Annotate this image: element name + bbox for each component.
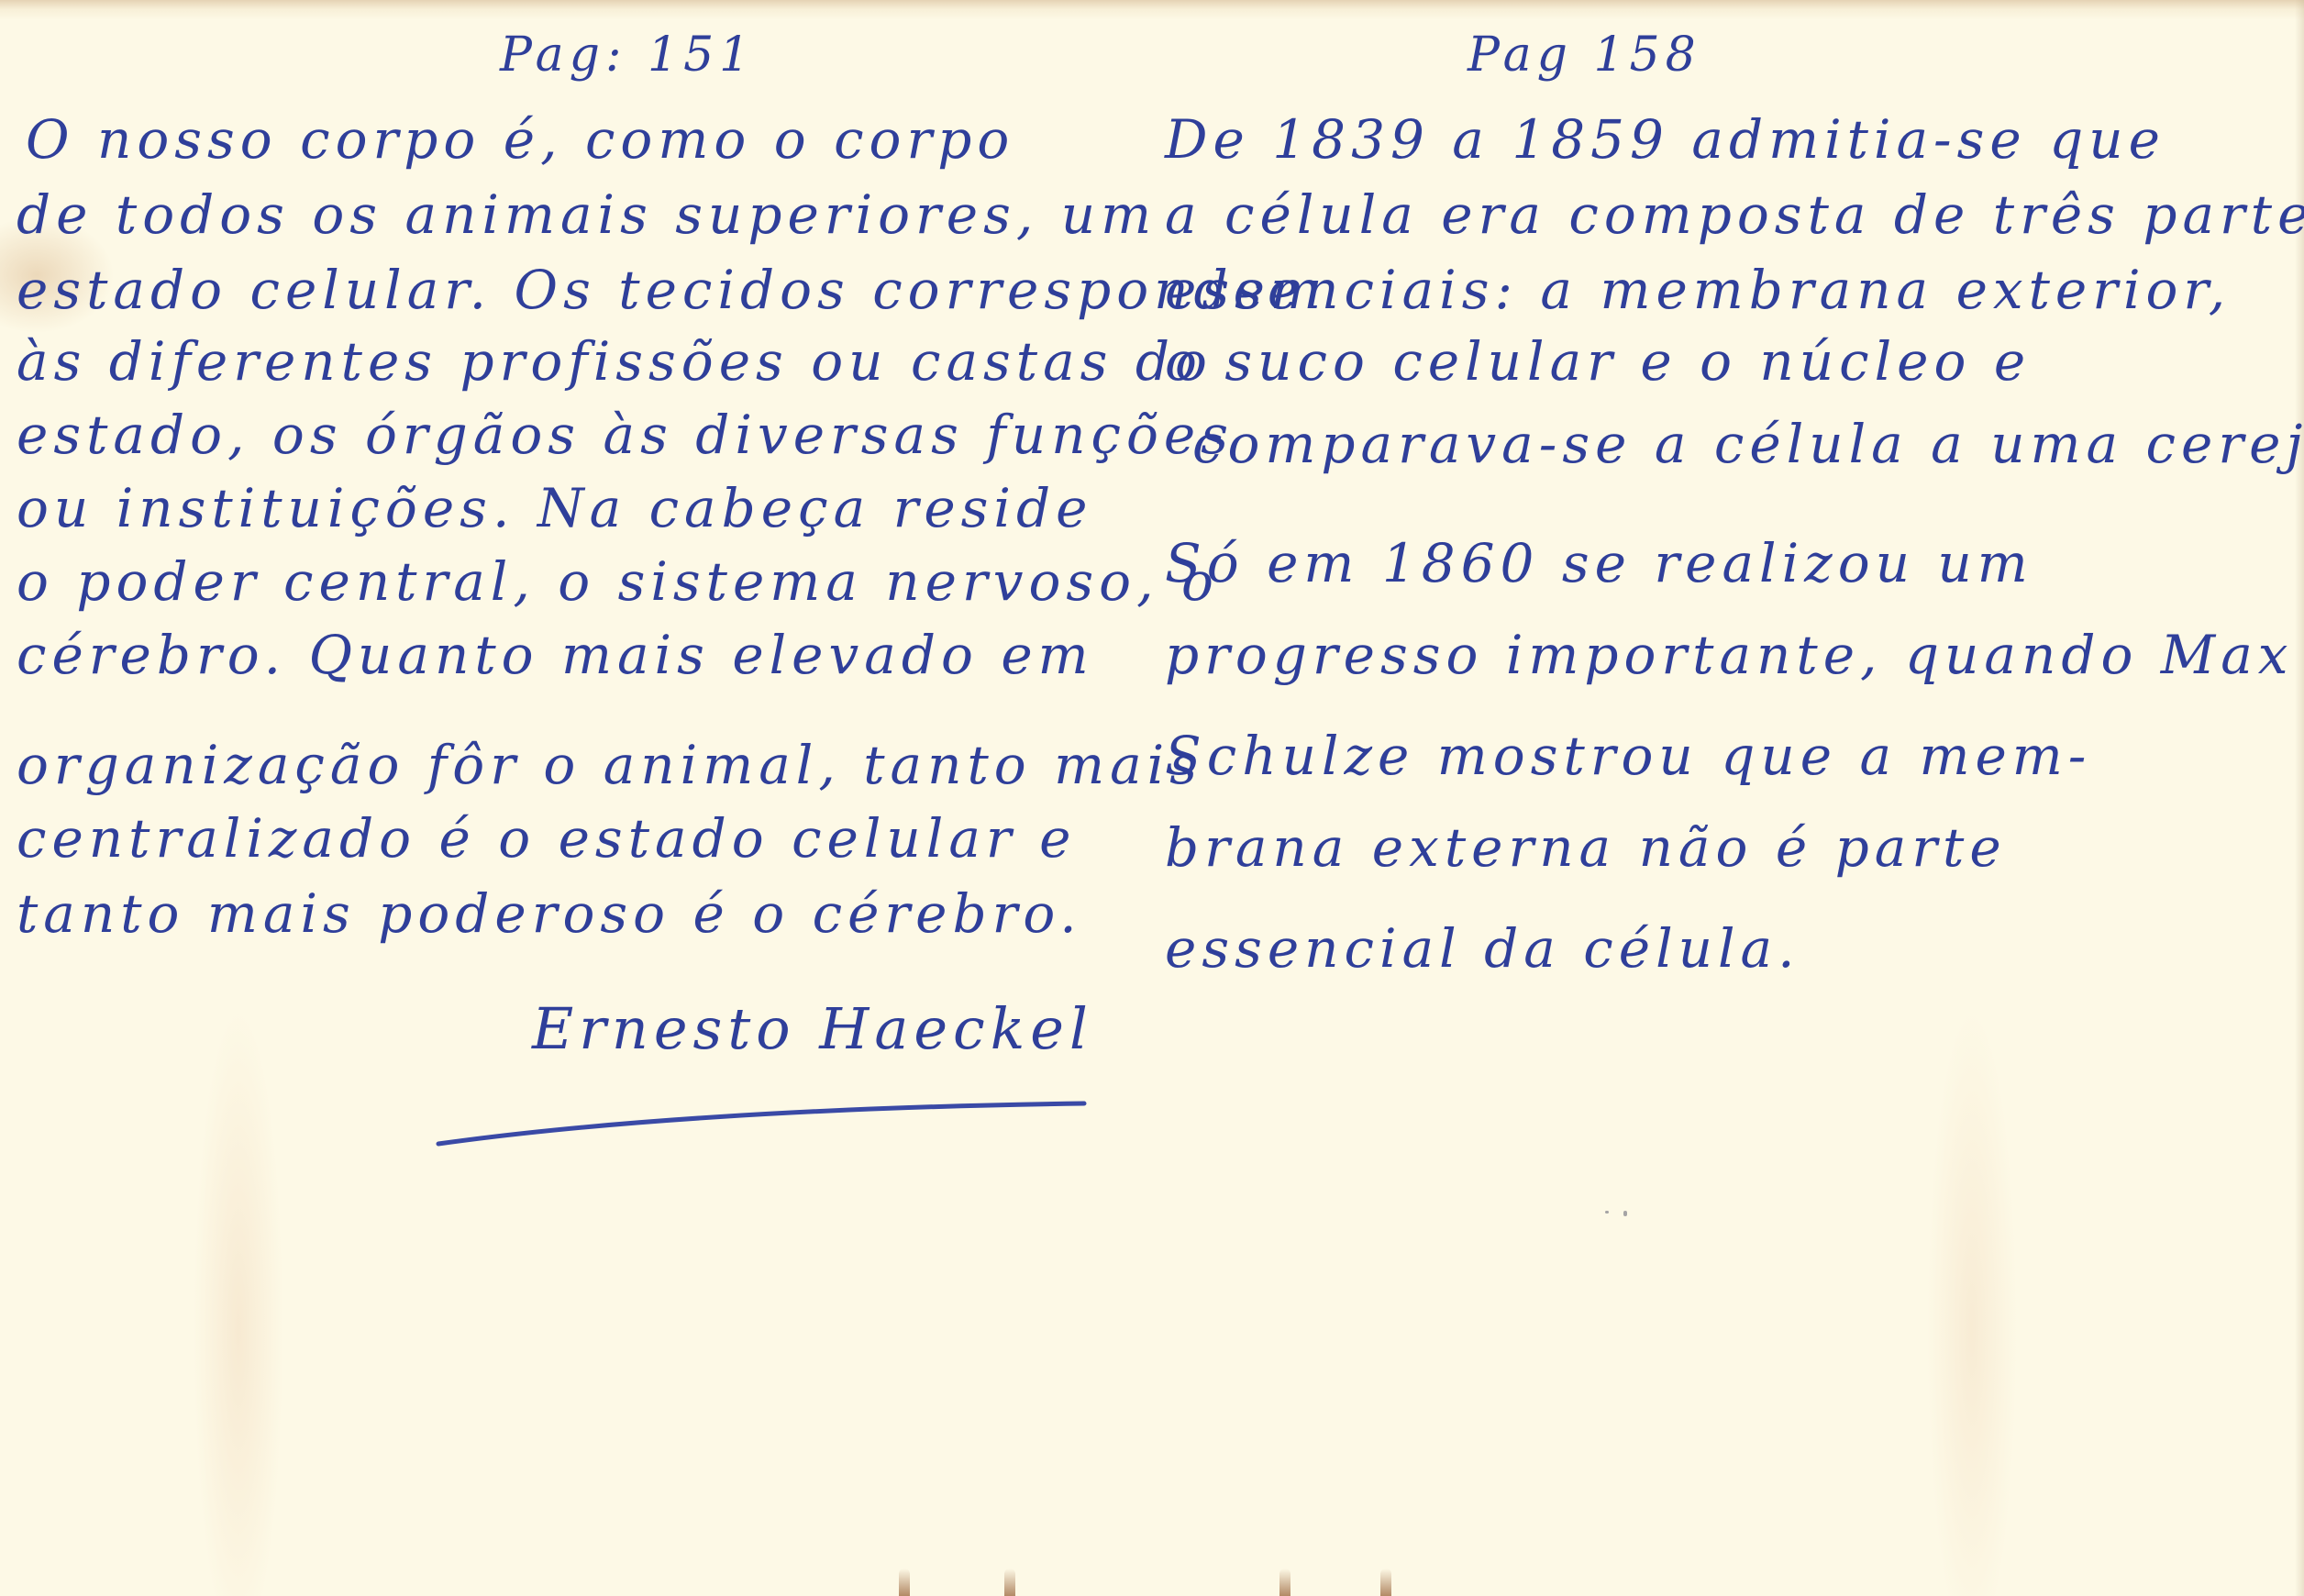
text-line: Schulze mostrou que a mem- — [1165, 725, 2091, 787]
text-line: organização fôr o animal, tanto mais — [17, 734, 1202, 796]
text-line: estado, os órgãos às diversas funções — [17, 404, 1234, 466]
text-line: essencial da célula. — [1165, 917, 1800, 980]
text-line: brana externa não é parte — [1165, 816, 2007, 879]
text-line: De 1839 a 1859 admitia-se que — [1165, 108, 2166, 171]
text-line: tanto mais poderoso é o cérebro. — [17, 882, 1082, 945]
ink-speck — [1605, 1211, 1609, 1214]
text-line: cérebro. Quanto mais elevado em — [17, 624, 1094, 686]
text-line: às diferentes profissões ou castas do — [17, 330, 1213, 393]
burn-mark — [1004, 1568, 1015, 1596]
text-line: essenciais: a membrana exterior, — [1165, 259, 2231, 321]
text-line: Só em 1860 se realizou um — [1165, 532, 2033, 594]
text-line: o poder central, o sistema nervoso, o — [17, 550, 1219, 613]
text-line: comparava-se a célula a uma cereja. — [1192, 413, 2304, 475]
burn-mark — [1380, 1568, 1391, 1596]
text-line: progresso importante, quando Max — [1165, 624, 2293, 686]
text-line: centralizado é o estado celular e — [17, 807, 1076, 870]
text-line: a célula era composta de três partes — [1165, 183, 2304, 246]
ink-speck — [1623, 1211, 1627, 1216]
text-line: de todos os animais superiores, um — [17, 183, 1157, 246]
page-header-left: Pag: 151 — [500, 28, 755, 83]
text-line: ou instituições. Na cabeça reside — [17, 477, 1092, 539]
signature: Ernesto Haeckel — [532, 995, 1093, 1062]
text-line: estado celular. Os tecidos correspondem — [17, 259, 1326, 321]
burn-mark — [899, 1568, 910, 1596]
burn-mark — [1279, 1568, 1290, 1596]
text-line: O nosso corpo é, como o corpo — [26, 108, 1014, 171]
signature-underline — [431, 1096, 1091, 1151]
text-line: o suco celular e o núcleo e — [1165, 330, 2031, 393]
page-header-right: Pag 158 — [1468, 28, 1701, 83]
